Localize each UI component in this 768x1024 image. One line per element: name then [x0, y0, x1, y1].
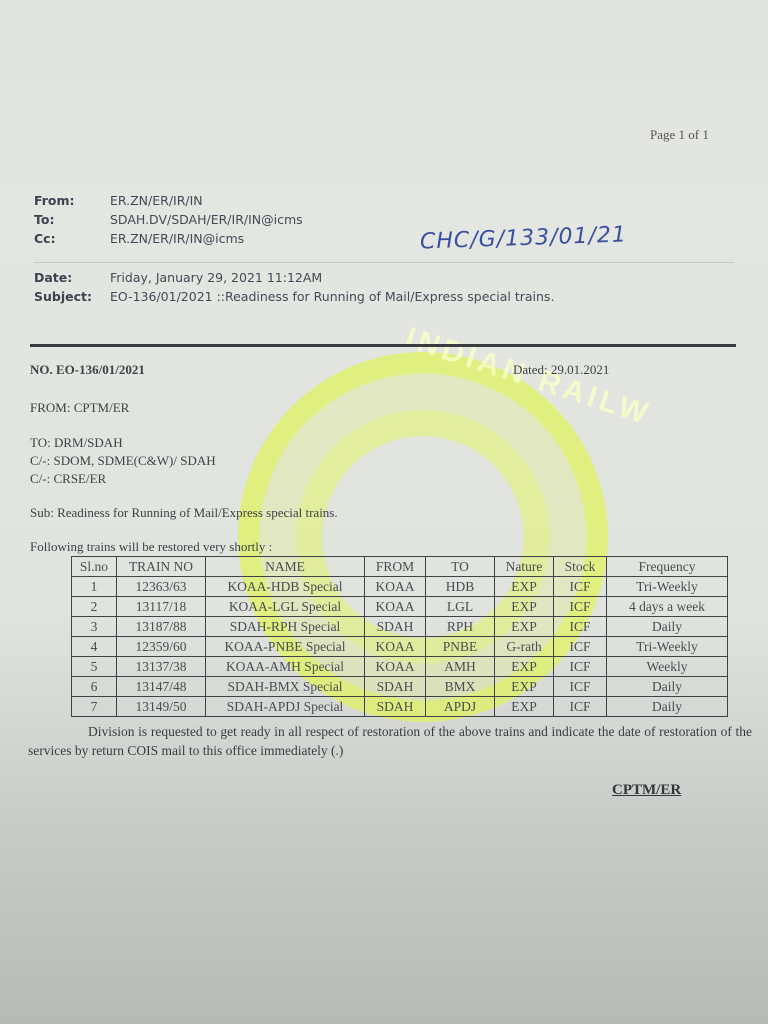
table-cell: SDAH	[365, 677, 426, 697]
table-cell: ICF	[554, 637, 607, 657]
closing-paragraph: Division is requested to get ready in al…	[28, 722, 752, 760]
table-cell: Tri-Weekly	[607, 577, 728, 597]
table-cell: 6	[72, 677, 117, 697]
table-row: 713149/50SDAH-APDJ SpecialSDAHAPDJEXPICF…	[72, 697, 728, 717]
table-cell: EXP	[495, 597, 554, 617]
letter-date: Dated: 29.01.2021	[513, 362, 609, 378]
table-cell: KOAA-PNBE Special	[206, 637, 365, 657]
table-cell: EXP	[495, 677, 554, 697]
email-cc-row: Cc:ER.ZN/ER/IR/IN@icms	[34, 231, 244, 246]
letter-subject: Sub: Readiness for Running of Mail/Expre…	[30, 505, 338, 521]
trains-table: Sl.noTRAIN NONAMEFROMTONatureStockFreque…	[71, 556, 728, 717]
table-cell: 5	[72, 657, 117, 677]
table-cell: SDAH-APDJ Special	[206, 697, 365, 717]
column-header: NAME	[206, 557, 365, 577]
table-cell: SDAH-BMX Special	[206, 677, 365, 697]
table-row: 313187/88SDAH-RPH SpecialSDAHRPHEXPICFDa…	[72, 617, 728, 637]
table-cell: KOAA	[365, 637, 426, 657]
divider	[34, 262, 734, 263]
table-cell: ICF	[554, 617, 607, 637]
column-header: TO	[426, 557, 495, 577]
column-header: Frequency	[607, 557, 728, 577]
header-rule	[30, 344, 736, 347]
table-cell: Daily	[607, 697, 728, 717]
email-to-row: To:SDAH.DV/SDAH/ER/IR/IN@icms	[34, 212, 303, 227]
table-row: 213117/18KOAA-LGL SpecialKOAALGLEXPICF4 …	[72, 597, 728, 617]
table-cell: ICF	[554, 597, 607, 617]
email-from: ER.ZN/ER/IR/IN	[110, 193, 203, 208]
letter-number: NO. EO-136/01/2021	[30, 362, 145, 378]
email-cc: ER.ZN/ER/IR/IN@icms	[110, 231, 244, 246]
email-to: SDAH.DV/SDAH/ER/IR/IN@icms	[110, 212, 303, 227]
table-cell: 4 days a week	[607, 597, 728, 617]
table-cell: 7	[72, 697, 117, 717]
handwritten-reference: CHC/G/133/01/21	[420, 222, 628, 254]
table-row: 112363/63KOAA-HDB SpecialKOAAHDBEXPICFTr…	[72, 577, 728, 597]
table-cell: APDJ	[426, 697, 495, 717]
letter-copy-2: C/-: CRSE/ER	[30, 471, 106, 487]
email-subject-row: Subject:EO-136/01/2021 ::Readiness for R…	[34, 289, 554, 304]
table-cell: EXP	[495, 657, 554, 677]
table-intro: Following trains will be restored very s…	[30, 539, 272, 555]
table-cell: Tri-Weekly	[607, 637, 728, 657]
table-row: 412359/60KOAA-PNBE SpecialKOAAPNBEG-rath…	[72, 637, 728, 657]
table-cell: 2	[72, 597, 117, 617]
letter-to: TO: DRM/SDAH	[30, 435, 123, 451]
table-cell: HDB	[426, 577, 495, 597]
table-cell: 12359/60	[117, 637, 206, 657]
letter-copy-1: C/-: SDOM, SDME(C&W)/ SDAH	[30, 453, 216, 469]
table-cell: 13117/18	[117, 597, 206, 617]
table-cell: KOAA	[365, 597, 426, 617]
table-cell: EXP	[495, 697, 554, 717]
page-indicator: Page 1 of 1	[650, 127, 709, 143]
column-header: Stock	[554, 557, 607, 577]
table-cell: 13187/88	[117, 617, 206, 637]
email-from-row: From:ER.ZN/ER/IR/IN	[34, 193, 203, 208]
table-cell: ICF	[554, 657, 607, 677]
column-header: TRAIN NO	[117, 557, 206, 577]
table-cell: 12363/63	[117, 577, 206, 597]
table-cell: LGL	[426, 597, 495, 617]
column-header: Nature	[495, 557, 554, 577]
table-cell: Daily	[607, 677, 728, 697]
table-cell: 1	[72, 577, 117, 597]
email-date: Friday, January 29, 2021 11:12AM	[110, 270, 322, 285]
table-cell: PNBE	[426, 637, 495, 657]
signature: CPTM/ER	[612, 782, 681, 799]
table-cell: 13137/38	[117, 657, 206, 677]
table-cell: ICF	[554, 697, 607, 717]
table-cell: AMH	[426, 657, 495, 677]
table-body: 112363/63KOAA-HDB SpecialKOAAHDBEXPICFTr…	[72, 577, 728, 717]
table-cell: KOAA	[365, 657, 426, 677]
column-header: Sl.no	[72, 557, 117, 577]
table-row: 613147/48SDAH-BMX SpecialSDAHBMXEXPICFDa…	[72, 677, 728, 697]
table-cell: SDAH	[365, 617, 426, 637]
table-cell: 4	[72, 637, 117, 657]
table-cell: BMX	[426, 677, 495, 697]
table-cell: EXP	[495, 577, 554, 597]
table-cell: SDAH-RPH Special	[206, 617, 365, 637]
table-cell: KOAA	[365, 577, 426, 597]
table-cell: 13147/48	[117, 677, 206, 697]
table-cell: 13149/50	[117, 697, 206, 717]
table-cell: Daily	[607, 617, 728, 637]
table-cell: G-rath	[495, 637, 554, 657]
table-cell: ICF	[554, 677, 607, 697]
table-header-row: Sl.noTRAIN NONAMEFROMTONatureStockFreque…	[72, 557, 728, 577]
email-subject: EO-136/01/2021 ::Readiness for Running o…	[110, 289, 554, 304]
email-date-row: Date:Friday, January 29, 2021 11:12AM	[34, 270, 322, 285]
table-cell: Weekly	[607, 657, 728, 677]
table-cell: RPH	[426, 617, 495, 637]
column-header: FROM	[365, 557, 426, 577]
table-row: 513137/38KOAA-AMH SpecialKOAAAMHEXPICFWe…	[72, 657, 728, 677]
table-cell: ICF	[554, 577, 607, 597]
table-cell: KOAA-LGL Special	[206, 597, 365, 617]
table-cell: KOAA-HDB Special	[206, 577, 365, 597]
table-cell: EXP	[495, 617, 554, 637]
table-cell: SDAH	[365, 697, 426, 717]
table-cell: 3	[72, 617, 117, 637]
letter-from: FROM: CPTM/ER	[30, 400, 129, 416]
table-cell: KOAA-AMH Special	[206, 657, 365, 677]
